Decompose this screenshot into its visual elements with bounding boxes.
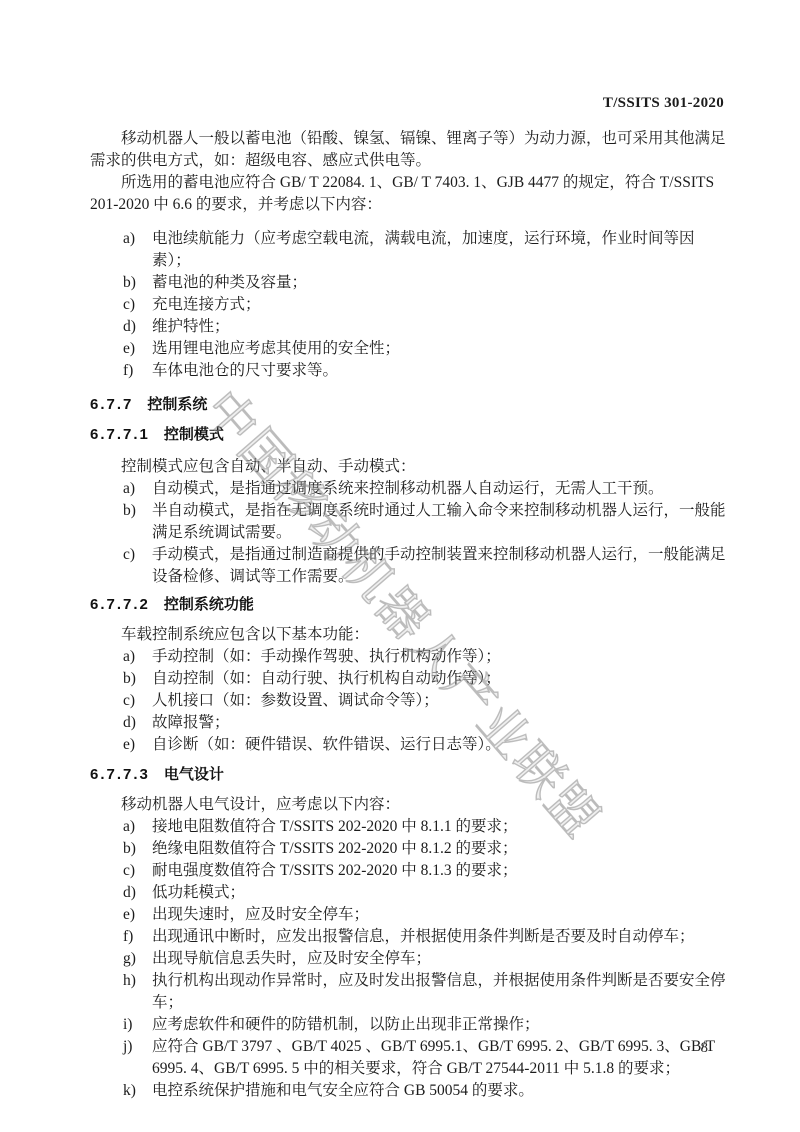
list-item: c)手动模式，是指通过制造商提供的手动控制装置来控制移动机器人运行，一般能满足设… bbox=[90, 544, 726, 588]
section-number: 6.7.7 bbox=[90, 396, 133, 413]
section-title: 控制模式 bbox=[164, 426, 224, 443]
list-item-label: a) bbox=[123, 228, 152, 250]
list-item-text: 低功耗模式； bbox=[152, 882, 726, 904]
list-item-label: d) bbox=[123, 316, 152, 338]
list-item-label: b) bbox=[123, 668, 152, 690]
list-item-text: 电控系统保护措施和电气安全应符合 GB 50054 的要求。 bbox=[152, 1080, 726, 1102]
list-item: j)应符合 GB/T 3797 、GB/T 4025 、GB/T 6995.1、… bbox=[90, 1036, 726, 1080]
control-modes-list: a)自动模式，是指通过调度系统来控制移动机器人自动运行，无需人工干预。 b)半自… bbox=[90, 478, 726, 588]
list-item-label: i) bbox=[123, 1014, 152, 1036]
list-item: a)电池续航能力（应考虑空载电流，满载电流，加速度，运行环境，作业时间等因素）； bbox=[90, 228, 726, 272]
list-item-text: 应考虑软件和硬件的防错机制，以防止出现非正常操作； bbox=[152, 1014, 726, 1036]
list-item-label: j) bbox=[123, 1036, 152, 1058]
list-item: b)蓄电池的种类及容量； bbox=[90, 272, 726, 294]
paragraph-power-source: 移动机器人一般以蓄电池（铅酸、镍氢、镉镍、锂离子等）为动力源，也可采用其他满足需… bbox=[90, 128, 726, 172]
list-item-text: 充电连接方式； bbox=[152, 294, 726, 316]
list-item-label: c) bbox=[123, 860, 152, 882]
paragraph-battery-standards: 所选用的蓄电池应符合 GB/ T 22084. 1、GB/ T 7403. 1、… bbox=[90, 172, 726, 216]
page-header: T/SSITS 301-2020 bbox=[90, 95, 724, 112]
list-item-text: 绝缘电阻数值符合 T/SSITS 202-2020 中 8.1.2 的要求； bbox=[152, 838, 726, 860]
list-item-text: 蓄电池的种类及容量； bbox=[152, 272, 726, 294]
battery-considerations-list: a)电池续航能力（应考虑空载电流，满载电流，加速度，运行环境，作业时间等因素）；… bbox=[90, 228, 726, 382]
list-item-text: 选用锂电池应考虑其使用的安全性； bbox=[152, 338, 726, 360]
list-item: e)出现失速时，应及时安全停车； bbox=[90, 904, 726, 926]
list-item-text: 车体电池仓的尺寸要求等。 bbox=[152, 360, 726, 382]
list-item-label: c) bbox=[123, 294, 152, 316]
list-item-label: a) bbox=[123, 816, 152, 838]
list-item: d)低功耗模式； bbox=[90, 882, 726, 904]
section-title: 控制系统功能 bbox=[164, 596, 254, 613]
list-item: d)故障报警； bbox=[90, 712, 726, 734]
list-item: b)半自动模式，是指在无调度系统时通过人工输入命令来控制移动机器人运行，一般能满… bbox=[90, 500, 726, 544]
electrical-design-list: a)接地电阻数值符合 T/SSITS 202-2020 中 8.1.1 的要求；… bbox=[90, 816, 726, 1102]
document-page: 中国移动机器人产业联盟 T/SSITS 301-2020 移动机器人一般以蓄电池… bbox=[0, 0, 800, 1132]
page-number: 8 bbox=[701, 1040, 709, 1057]
list-item-label: f) bbox=[123, 360, 152, 382]
list-item: h)执行机构出现动作异常时，应及时发出报警信息，并根据使用条件判断是否要安全停车… bbox=[90, 970, 726, 1014]
list-item: b)自动控制（如：自动行驶、执行机构自动动作等）； bbox=[90, 668, 726, 690]
list-item: b)绝缘电阻数值符合 T/SSITS 202-2020 中 8.1.2 的要求； bbox=[90, 838, 726, 860]
list-item: a)自动模式，是指通过调度系统来控制移动机器人自动运行，无需人工干预。 bbox=[90, 478, 726, 500]
paragraph-electrical-design-intro: 移动机器人电气设计，应考虑以下内容： bbox=[90, 794, 726, 816]
list-item-text: 出现导航信息丢失时，应及时安全停车； bbox=[152, 948, 726, 970]
list-item-label: k) bbox=[123, 1080, 152, 1102]
list-item-label: e) bbox=[123, 338, 152, 360]
list-item-text: 手动控制（如：手动操作驾驶、执行机构动作等）； bbox=[152, 646, 726, 668]
list-item-text: 故障报警； bbox=[152, 712, 726, 734]
list-item-text: 手动模式，是指通过制造商提供的手动控制装置来控制移动机器人运行，一般能满足设备检… bbox=[152, 544, 726, 588]
list-item-text: 应符合 GB/T 3797 、GB/T 4025 、GB/T 6995.1、GB… bbox=[152, 1036, 726, 1080]
list-item: g)出现导航信息丢失时，应及时安全停车； bbox=[90, 948, 726, 970]
paragraph-control-functions-intro: 车载控制系统应包含以下基本功能： bbox=[90, 624, 726, 646]
section-heading-6-7-7-2: 6.7.7.2控制系统功能 bbox=[90, 594, 726, 616]
list-item-label: d) bbox=[123, 882, 152, 904]
list-item: f)出现通讯中断时，应发出报警信息，并根据使用条件判断是否要及时自动停车； bbox=[90, 926, 726, 948]
section-title: 电气设计 bbox=[164, 766, 224, 783]
list-item-label: c) bbox=[123, 544, 152, 566]
section-heading-6-7-7-3: 6.7.7.3电气设计 bbox=[90, 764, 726, 786]
list-item-label: h) bbox=[123, 970, 152, 992]
list-item-text: 维护特性； bbox=[152, 316, 726, 338]
list-item-label: e) bbox=[123, 904, 152, 926]
doc-code: T/SSITS 301-2020 bbox=[603, 95, 724, 111]
list-item-label: f) bbox=[123, 926, 152, 948]
list-item-label: a) bbox=[123, 478, 152, 500]
section-number: 6.7.7.3 bbox=[90, 766, 150, 783]
list-item-label: e) bbox=[123, 734, 152, 756]
list-item-text: 半自动模式，是指在无调度系统时通过人工输入命令来控制移动机器人运行，一般能满足系… bbox=[152, 500, 726, 544]
list-item-text: 耐电强度数值符合 T/SSITS 202-2020 中 8.1.3 的要求； bbox=[152, 860, 726, 882]
list-item: f)车体电池仓的尺寸要求等。 bbox=[90, 360, 726, 382]
list-item: i)应考虑软件和硬件的防错机制，以防止出现非正常操作； bbox=[90, 1014, 726, 1036]
list-item: c)人机接口（如：参数设置、调试命令等）； bbox=[90, 690, 726, 712]
document-content: 移动机器人一般以蓄电池（铅酸、镍氢、镉镍、锂离子等）为动力源，也可采用其他满足需… bbox=[90, 128, 726, 1102]
list-item-text: 自动控制（如：自动行驶、执行机构自动动作等）； bbox=[152, 668, 726, 690]
list-item-label: a) bbox=[123, 646, 152, 668]
list-item: c)充电连接方式； bbox=[90, 294, 726, 316]
list-item-label: b) bbox=[123, 272, 152, 294]
list-item-text: 人机接口（如：参数设置、调试命令等）； bbox=[152, 690, 726, 712]
section-number: 6.7.7.1 bbox=[90, 426, 150, 443]
paragraph-control-modes-intro: 控制模式应包含自动、半自动、手动模式： bbox=[90, 456, 726, 478]
list-item: e)选用锂电池应考虑其使用的安全性； bbox=[90, 338, 726, 360]
section-heading-6-7-7: 6.7.7控制系统 bbox=[90, 394, 726, 416]
list-item-text: 出现通讯中断时，应发出报警信息，并根据使用条件判断是否要及时自动停车； bbox=[152, 926, 726, 948]
section-heading-6-7-7-1: 6.7.7.1控制模式 bbox=[90, 424, 726, 446]
list-item: e)自诊断（如：硬件错误、软件错误、运行日志等）。 bbox=[90, 734, 726, 756]
list-item-text: 自诊断（如：硬件错误、软件错误、运行日志等）。 bbox=[152, 734, 726, 756]
list-item: a)手动控制（如：手动操作驾驶、执行机构动作等）； bbox=[90, 646, 726, 668]
list-item: a)接地电阻数值符合 T/SSITS 202-2020 中 8.1.1 的要求； bbox=[90, 816, 726, 838]
list-item: k)电控系统保护措施和电气安全应符合 GB 50054 的要求。 bbox=[90, 1080, 726, 1102]
list-item-text: 自动模式，是指通过调度系统来控制移动机器人自动运行，无需人工干预。 bbox=[152, 478, 726, 500]
control-functions-list: a)手动控制（如：手动操作驾驶、执行机构动作等）； b)自动控制（如：自动行驶、… bbox=[90, 646, 726, 756]
list-item: c)耐电强度数值符合 T/SSITS 202-2020 中 8.1.3 的要求； bbox=[90, 860, 726, 882]
list-item-label: b) bbox=[123, 838, 152, 860]
list-item-label: b) bbox=[123, 500, 152, 522]
list-item: d)维护特性； bbox=[90, 316, 726, 338]
list-item-text: 执行机构出现动作异常时，应及时发出报警信息，并根据使用条件判断是否要安全停车； bbox=[152, 970, 726, 1014]
list-item-text: 接地电阻数值符合 T/SSITS 202-2020 中 8.1.1 的要求； bbox=[152, 816, 726, 838]
list-item-label: g) bbox=[123, 948, 152, 970]
list-item-text: 电池续航能力（应考虑空载电流，满载电流，加速度，运行环境，作业时间等因素）； bbox=[152, 228, 726, 272]
section-number: 6.7.7.2 bbox=[90, 596, 150, 613]
list-item-text: 出现失速时，应及时安全停车； bbox=[152, 904, 726, 926]
list-item-label: c) bbox=[123, 690, 152, 712]
list-item-label: d) bbox=[123, 712, 152, 734]
section-title: 控制系统 bbox=[147, 396, 207, 413]
